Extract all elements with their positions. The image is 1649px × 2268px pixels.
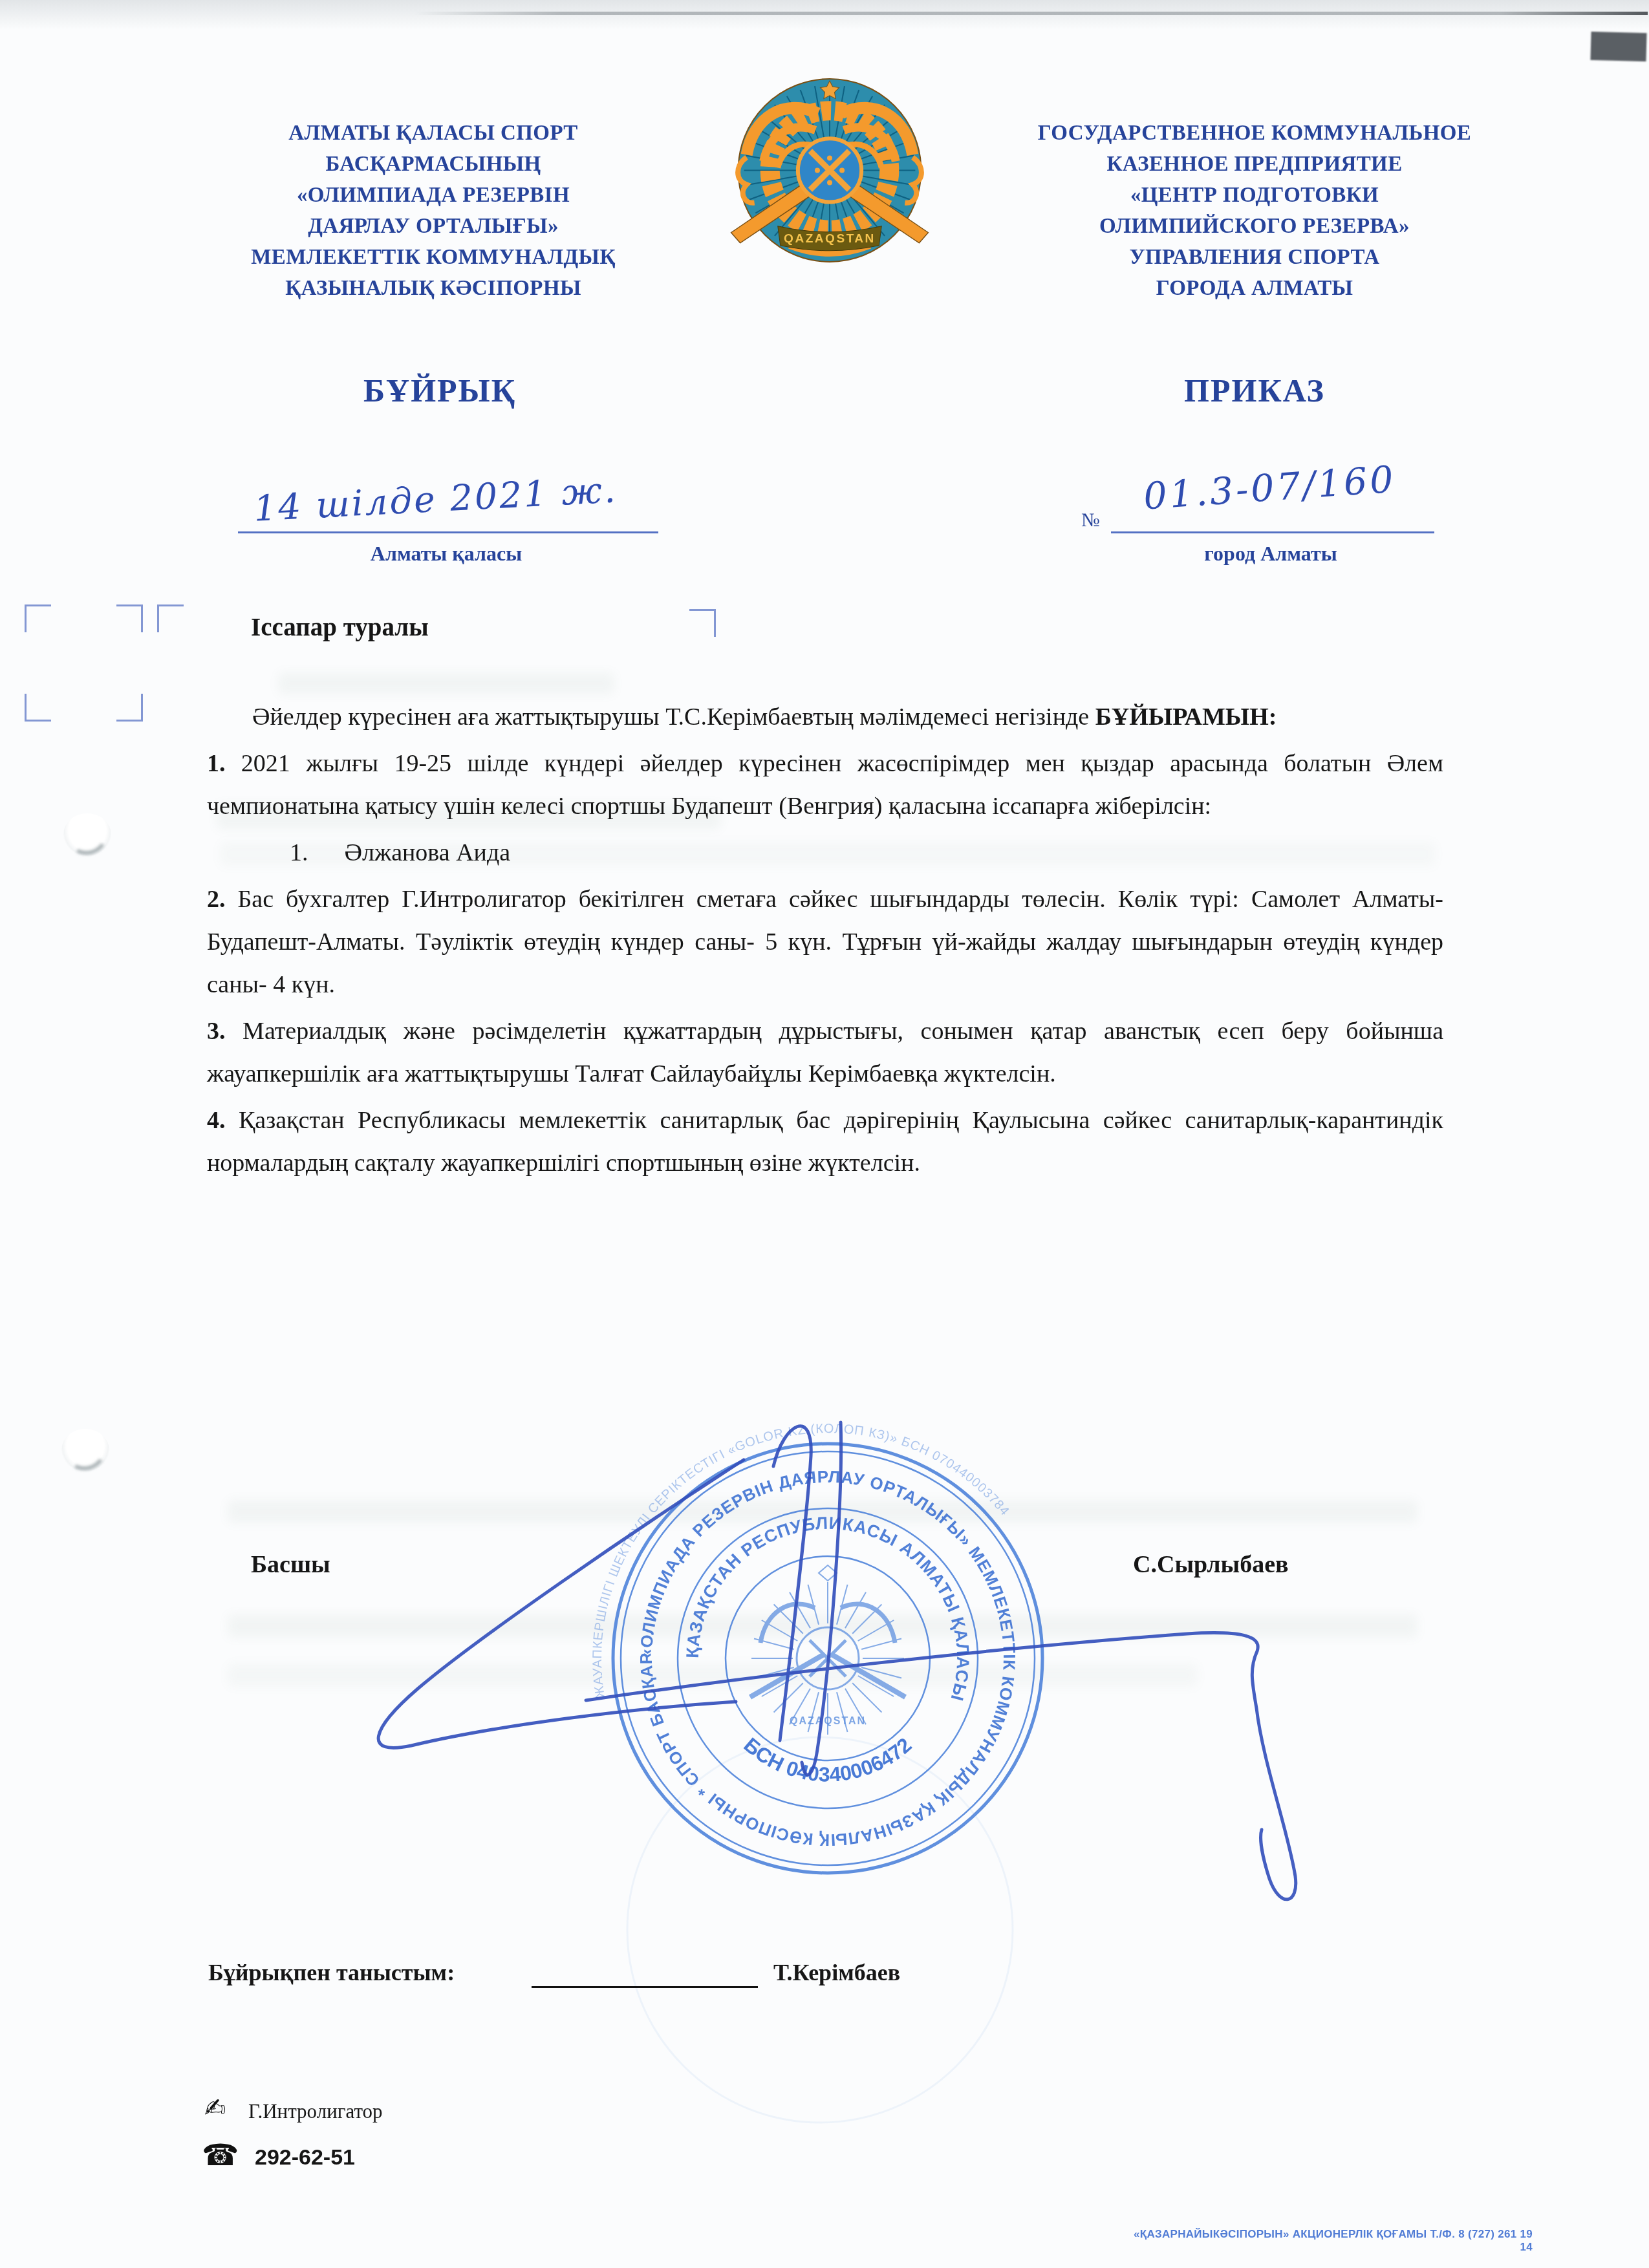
- order-subject: Іссапар туралы: [251, 613, 429, 642]
- acknowledgement-name: Т.Керімбаев: [773, 1959, 900, 1986]
- print-house-note: «ҚАЗАРНАЙЫКӘСІПОРЫН» АКЦИОНЕРЛІК ҚОҒАМЫ …: [1132, 2228, 1533, 2254]
- org-line: ДАЯРЛАУ ОРТАЛЫҒЫ»: [213, 211, 653, 242]
- place-russian: город Алматы: [1099, 542, 1442, 566]
- emblem-banner-text: QAZAQSTAN: [784, 232, 876, 246]
- order-heading-kk: БҰЙРЫҚ: [239, 372, 640, 409]
- handwritten-number: 01.3-07/160: [1142, 458, 1397, 518]
- phone-number: 292-62-51: [255, 2145, 355, 2170]
- org-line: АЛМАТЫ ҚАЛАСЫ СПОРТ: [213, 118, 653, 149]
- org-line: БАСҚАРМАСЫНЫҢ: [213, 149, 653, 180]
- org-line: ОЛИМПИЙСКОГО РЕЗЕРВА»: [1009, 211, 1500, 242]
- org-line: «ОЛИМПИАДА РЕЗЕРВІН: [213, 180, 653, 211]
- stamp-bin-text: БСН 040340006472: [739, 1733, 916, 1786]
- org-line: МЕМЛЕКЕТТІК КОММУНАЛДЫҚ: [213, 242, 653, 273]
- registration-mark: [116, 694, 143, 722]
- scan-edge-line: [414, 12, 1648, 15]
- org-line: УПРАВЛЕНИЯ СПОРТА: [1009, 242, 1500, 273]
- place-kazakh: Алматы қаласы: [252, 542, 640, 566]
- kazakhstan-coat-of-arms: QAZAQSTAN: [726, 70, 934, 287]
- stamp-outer-ring-text: «ОЛИМПИАДА РЕЗЕРВІН ДАЯРЛАУ ОРТАЛЫҒЫ» МЕ…: [636, 1467, 1019, 1850]
- order-heading-ru: ПРИКАЗ: [1073, 372, 1436, 409]
- bleed-through-ghost: [278, 672, 614, 694]
- bleed-through-ghost: [228, 1500, 1417, 1523]
- scan-edge-shading: [0, 0, 1649, 30]
- svg-text:БСН 040340006472: БСН 040340006472: [739, 1733, 916, 1786]
- registration-mark: [25, 694, 51, 722]
- round-stamp: ЖАУАПКЕРШІЛІГІ ШЕКТЕУЛІ СЕРІКТЕСТІГІ «GO…: [590, 1422, 1042, 2123]
- signer-name: С.Сырлыбаев: [1133, 1550, 1289, 1579]
- body-paragraph: 1.Әлжанова Аида: [207, 831, 1443, 874]
- svg-text:ЖАУАПКЕРШІЛІГІ ШЕКТЕУЛІ СЕРІКТ: ЖАУАПКЕРШІЛІГІ ШЕКТЕУЛІ СЕРІКТЕСТІГІ «GO…: [590, 1422, 1012, 1699]
- body-paragraph: 2. Бас бухгалтер Г.Интролигатор бекітілг…: [207, 878, 1443, 1006]
- registration-mark: [116, 604, 143, 632]
- date-underline: [238, 531, 658, 533]
- scanned-order-page: АЛМАТЫ ҚАЛАСЫ СПОРТБАСҚАРМАСЫНЫҢ«ОЛИМПИА…: [0, 0, 1649, 2268]
- stamp-ghost-ring-text: ЖАУАПКЕРШІЛІГІ ШЕКТЕУЛІ СЕРІКТЕСТІГІ «GO…: [590, 1422, 1012, 1699]
- org-line: ҚАЗЫНАЛЫҚ КӘСІПОРНЫ: [213, 273, 653, 304]
- body-paragraph: 3. Материалдық және рәсімделетін құжатта…: [207, 1010, 1443, 1095]
- handwritten-date: 14 шілде 2021 ж.: [253, 469, 618, 529]
- org-name-kazakh: АЛМАТЫ ҚАЛАСЫ СПОРТБАСҚАРМАСЫНЫҢ«ОЛИМПИА…: [213, 118, 653, 304]
- bleed-through-ghost: [228, 1614, 1417, 1638]
- stamp-center-caption: QAZAQSTAN: [790, 1716, 866, 1727]
- bleed-through-ghost: [228, 1664, 1198, 1687]
- punch-hole-shadow: [61, 1429, 109, 1471]
- org-line: «ЦЕНТР ПОДГОТОВКИ: [1009, 180, 1500, 211]
- registration-mark: [25, 604, 51, 632]
- pen-icon: ✍: [204, 2093, 226, 2123]
- org-line: ГОРОДА АЛМАТЫ: [1009, 273, 1500, 304]
- order-body: Әйелдер күресінен аға жаттықтырушы Т.С.К…: [207, 696, 1443, 1188]
- org-name-russian: ГОСУДАРСТВЕННОЕ КОММУНАЛЬНОЕКАЗЕННОЕ ПРЕ…: [1009, 118, 1500, 304]
- acknowledgement-label: Бұйрықпен таныстым:: [208, 1959, 455, 1986]
- stamp-echo: [627, 1737, 1013, 2123]
- pen-signature: [378, 1422, 1296, 1899]
- signer-position: Басшы: [251, 1550, 330, 1579]
- org-line: ГОСУДАРСТВЕННОЕ КОММУНАЛЬНОЕ: [1009, 118, 1500, 149]
- body-paragraph: Әйелдер күресінен аға жаттықтырушы Т.С.К…: [207, 696, 1443, 738]
- acknowledgement-signature-line: [532, 1986, 758, 1988]
- punch-hole-shadow: [63, 813, 111, 856]
- phone-icon: ☎: [202, 2137, 239, 2172]
- scan-corner-mark: [1590, 32, 1646, 61]
- registration-mark: [157, 604, 184, 632]
- number-sign: №: [1081, 509, 1100, 531]
- org-line: КАЗЕННОЕ ПРЕДПРИЯТИЕ: [1009, 149, 1500, 180]
- number-underline: [1111, 531, 1434, 533]
- svg-text:«ОЛИМПИАДА РЕЗЕРВІН ДАЯРЛАУ ОР: «ОЛИМПИАДА РЕЗЕРВІН ДАЯРЛАУ ОРТАЛЫҒЫ» МЕ…: [636, 1467, 1019, 1850]
- body-paragraph: 4. Қазақстан Республикасы мемлекеттік са…: [207, 1099, 1443, 1184]
- registration-mark: [689, 609, 716, 637]
- body-paragraph: 1. 2021 жылғы 19-25 шілде күндері әйелде…: [207, 742, 1443, 828]
- stamp-center-emblem: [750, 1565, 905, 1735]
- executor-name: Г.Интролигатор: [248, 2100, 383, 2123]
